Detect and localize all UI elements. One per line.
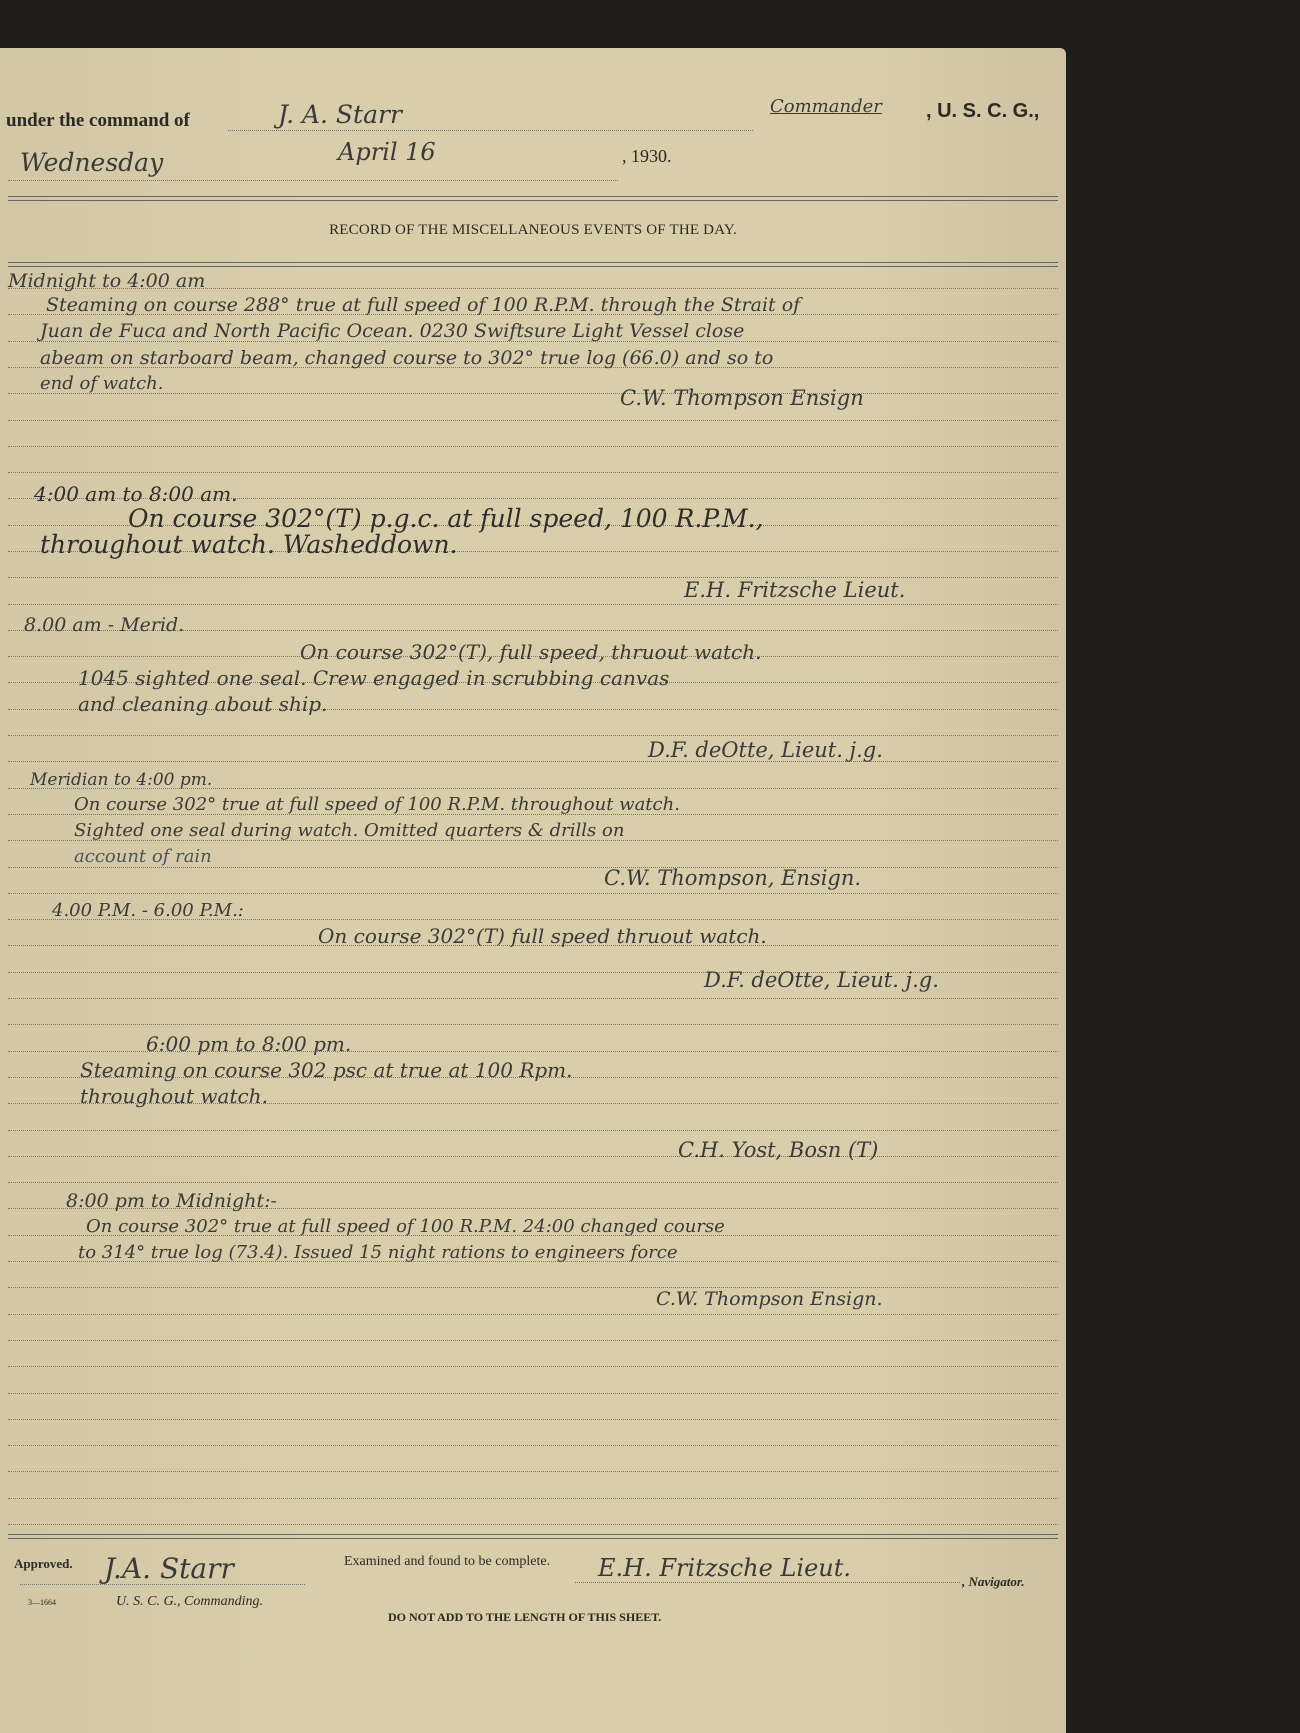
ruled-line	[8, 1024, 1058, 1025]
ruled-line	[8, 867, 1058, 868]
entry-line: to 314° true log (73.4). Issued 15 night…	[78, 1242, 678, 1263]
entry-line: abeam on starboard beam, changed course …	[40, 347, 773, 369]
ruled-line	[8, 446, 1058, 447]
weekday: Wednesday	[20, 148, 163, 177]
entry-line: 1045 sighted one seal. Crew engaged in s…	[78, 666, 669, 690]
signature: D.F. deOtte, Lieut. j.g.	[648, 738, 883, 762]
entry-line: Steaming on course 288° true at full spe…	[46, 294, 800, 316]
ruled-line	[8, 472, 1058, 473]
title-divider	[8, 262, 1058, 267]
ruled-line	[8, 893, 1058, 894]
signature: D.F. deOtte, Lieut. j.g.	[704, 968, 939, 992]
ruled-line	[8, 1314, 1058, 1315]
signature: C.W. Thompson Ensign	[620, 386, 864, 410]
signature: E.H. Fritzsche Lieut.	[684, 578, 905, 602]
signature: C.H. Yost, Bosn (T)	[678, 1138, 878, 1162]
watch-label: 8:00 pm to Midnight:-	[66, 1190, 277, 1212]
approved-label: Approved.	[14, 1556, 73, 1572]
ruled-line	[8, 1287, 1058, 1288]
ruled-line	[8, 1393, 1058, 1394]
ruled-line	[8, 393, 1058, 394]
ruled-line	[8, 604, 1058, 605]
footer-divider	[8, 1534, 1058, 1539]
ruled-line	[8, 1419, 1058, 1420]
commander-rank: Commander	[770, 96, 882, 117]
entry-line: Sighted one seal during watch. Omitted q…	[74, 820, 624, 841]
entry-line: On course 302° true at full speed of 100…	[74, 794, 680, 815]
watch-label: 6:00 pm to 8:00 pm.	[146, 1032, 351, 1056]
month-day: April 16	[338, 138, 436, 166]
entry-line: end of watch.	[40, 373, 163, 394]
entry-line: throughout watch. Washeddown.	[40, 530, 458, 559]
entry-line: Steaming on course 302 psc at true at 10…	[80, 1058, 573, 1082]
ruled-line	[8, 761, 1058, 762]
watch-label: 8.00 am - Merid.	[24, 614, 184, 636]
header-divider	[8, 196, 1058, 201]
ruled-line	[8, 1130, 1058, 1131]
entry-line: and cleaning about ship.	[78, 692, 327, 716]
ruled-line	[8, 1366, 1058, 1367]
navigator-signature: E.H. Fritzsche Lieut.	[598, 1554, 851, 1582]
ruled-line	[8, 735, 1058, 736]
ruled-line	[8, 1445, 1058, 1446]
entry-line: On course 302°(T) p.g.c. at full speed, …	[128, 504, 764, 533]
commander-name: J. A. Starr	[278, 100, 402, 129]
ruled-line	[8, 1498, 1058, 1499]
entry-line: Juan de Fuca and North Pacific Ocean. 02…	[40, 320, 744, 342]
approver-line	[20, 1580, 305, 1585]
ruled-line	[8, 998, 1058, 999]
watch-label: Midnight to 4:00 am	[8, 270, 205, 292]
form-number: 3—1664	[28, 1598, 56, 1607]
navigator-label: , Navigator.	[962, 1574, 1024, 1590]
command-label: under the command of	[6, 110, 190, 132]
watch-label: Meridian to 4:00 pm.	[30, 770, 212, 790]
examined-label: Examined and found to be complete.	[344, 1554, 550, 1570]
section-title: RECORD OF THE MISCELLANEOUS EVENTS OF TH…	[0, 222, 1066, 239]
service-label: , U. S. C. G.,	[926, 100, 1039, 123]
ruled-line	[8, 420, 1058, 421]
signature: C.W. Thompson, Ensign.	[604, 866, 861, 890]
entry-line: throughout watch.	[80, 1084, 268, 1108]
year: , 1930.	[622, 146, 672, 167]
entry-line: On course 302° true at full speed of 100…	[86, 1216, 725, 1237]
entry-line: On course 302°(T) full speed thruout wat…	[318, 924, 767, 948]
ruled-line	[8, 1524, 1058, 1525]
ruled-line	[8, 1471, 1058, 1472]
watch-label: 4.00 P.M. - 6.00 P.M.:	[52, 900, 244, 921]
entry-line: account of rain	[74, 846, 212, 867]
length-warning: DO NOT ADD TO THE LENGTH OF THIS SHEET.	[388, 1610, 661, 1625]
ruled-line	[8, 1156, 1058, 1157]
entry-line: On course 302°(T), full speed, thruout w…	[300, 640, 762, 664]
watch-label: 4:00 am to 8:00 am.	[34, 482, 237, 506]
ruled-line	[8, 1340, 1058, 1341]
commanding-label: U. S. C. G., Commanding.	[116, 1594, 263, 1610]
signature: C.W. Thompson Ensign.	[656, 1288, 883, 1310]
ruled-line	[8, 1182, 1058, 1183]
log-sheet: under the command of J. A. Starr Command…	[0, 48, 1066, 1733]
